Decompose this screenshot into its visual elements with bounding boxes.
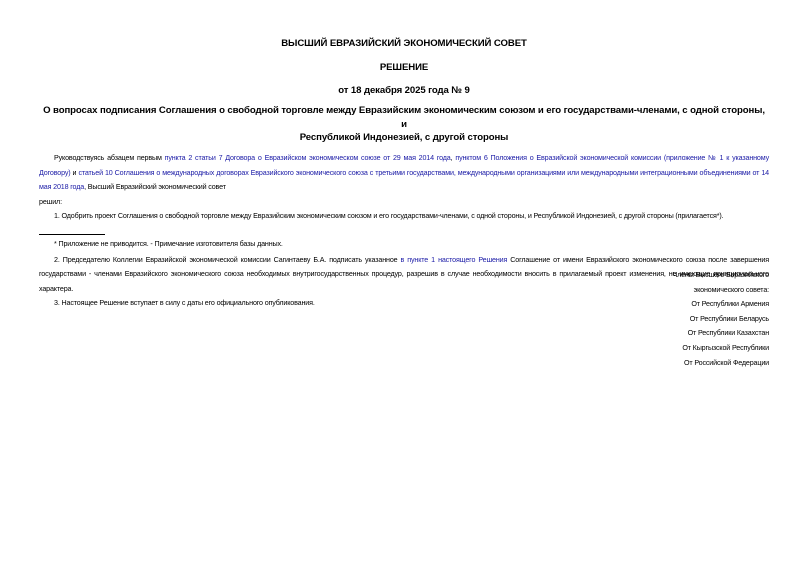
document-title-line1: О вопросах подписания Соглашения о свобо…: [39, 104, 769, 131]
signatures-block: Члены Высшего Евразийского экономическог…: [673, 268, 769, 370]
footnote: * Приложение не приводится. - Примечание…: [39, 239, 769, 249]
issuing-body: ВЫСШИЙ ЕВРАЗИЙСКИЙ ЭКОНОМИЧЕСКИЙ СОВЕТ: [39, 38, 769, 49]
signatures-heading-line1: Члены Высшего Евразийского: [673, 268, 769, 283]
preamble-text: , Высший Евразийский экономический совет: [84, 183, 226, 191]
signature-member: От Республики Беларусь: [673, 312, 769, 327]
link-treaty-article-7[interactable]: пункта 2 статьи 7 Договора о Евразийском…: [165, 154, 451, 162]
document-body: Руководствуясь абзацем первым пункта 2 с…: [39, 151, 769, 311]
decided-label: решил:: [39, 195, 769, 210]
preamble-text: Руководствуясь абзацем первым: [54, 154, 165, 162]
item-2: 2. Председателю Коллегии Евразийской эко…: [39, 253, 769, 297]
footnote-divider: [39, 234, 105, 235]
preamble-paragraph: Руководствуясь абзацем первым пункта 2 с…: [39, 151, 769, 195]
signatures-heading-line2: экономического совета:: [673, 283, 769, 298]
document-type: РЕШЕНИЕ: [39, 62, 769, 73]
signature-member: От Кыргызской Республики: [673, 341, 769, 356]
item-2-text: 2. Председателю Коллегии Евразийской эко…: [54, 256, 401, 264]
document-date-number: от 18 декабря 2025 года № 9: [39, 85, 769, 96]
item-3: 3. Настоящее Решение вступает в силу с д…: [39, 296, 769, 311]
signature-member: От Российской Федерации: [673, 356, 769, 371]
signature-member: От Республики Армения: [673, 297, 769, 312]
signature-member: От Республики Казахстан: [673, 326, 769, 341]
link-item-1[interactable]: в пункте 1 настоящего Решения: [401, 256, 508, 264]
document-title-line2: Республикой Индонезией, с другой стороны: [39, 131, 769, 145]
document-title: О вопросах подписания Соглашения о свобо…: [39, 104, 769, 145]
item-1: 1. Одобрить проект Соглашения о свободно…: [39, 209, 769, 224]
